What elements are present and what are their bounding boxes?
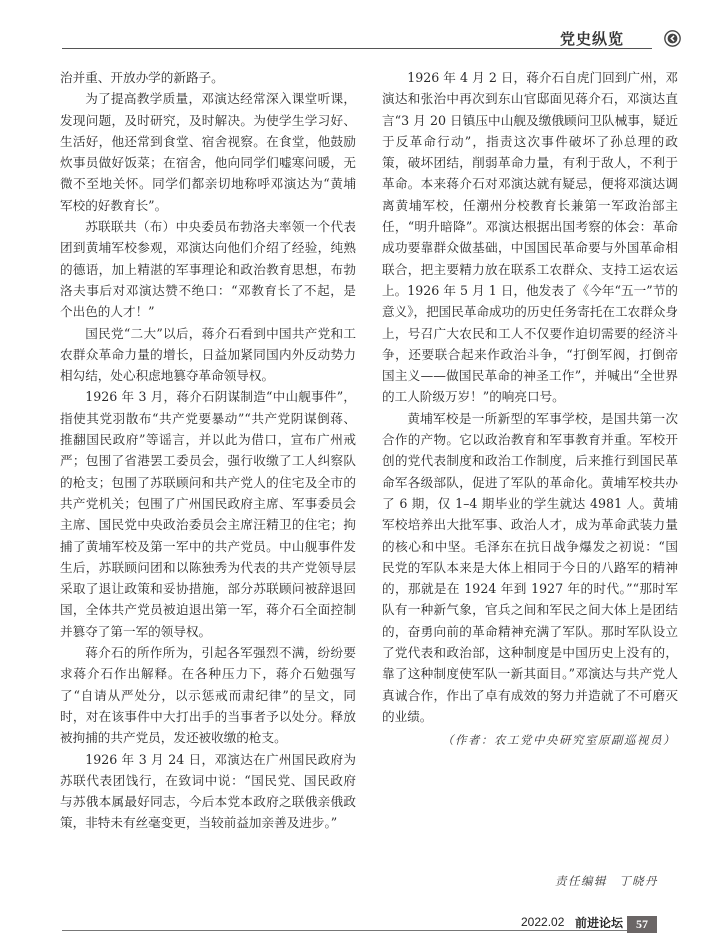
right-column: 1926 年 4 月 2 日，蒋介石自虎门回到广州，邓演达和张治中再次到东山官邸…: [382, 67, 678, 752]
paragraph: 治并重、开放办学的新路子。: [60, 67, 356, 88]
editor-name: 丁晓丹: [619, 874, 658, 888]
author-note: （作者：农工党中央研究室原副巡视员）: [382, 730, 678, 751]
paragraph: 为了提高教学质量，邓演达经常深入课堂听课，发现问题，及时研究，及时解决。为使学生…: [60, 88, 356, 216]
issue-date: 2022.02: [521, 915, 564, 929]
page-number: 57: [627, 916, 657, 933]
section-title: 党史纵览: [560, 28, 624, 49]
circle-arrow-left-icon: [664, 30, 681, 47]
paragraph: 1926 年 3 月，蒋介石阴谋制造“中山舰事件”，指使其党羽散布“共产党要暴动…: [60, 386, 356, 642]
footer-rule: [62, 930, 630, 931]
left-column: 治并重、开放办学的新路子。 为了提高教学质量，邓演达经常深入课堂听课，发现问题，…: [60, 67, 356, 834]
paragraph: 国民党“二大”以后，蒋介石看到中国共产党和工农群众革命力量的增长，日益加紧同国内…: [60, 323, 356, 387]
paragraph: 1926 年 3 月 24 日，邓演达在广州国民政府为苏联代表团饯行，在致词中说…: [60, 749, 356, 834]
journal-name: 前进论坛: [575, 914, 623, 931]
paragraph: 苏联联共（布）中央委员布勃洛夫率领一个代表团到黄埔军校参观，邓演达向他们介绍了经…: [60, 216, 356, 322]
editor-label: 责任编辑: [555, 874, 607, 888]
paragraph: 1926 年 4 月 2 日，蒋介石自虎门回到广州，邓演达和张治中再次到东山官邸…: [382, 67, 678, 408]
paragraph: 黄埔军校是一所新型的军事学校，是国共第一次合作的产物。它以政治教育和军事教育并重…: [382, 408, 678, 727]
paragraph: 蒋介石的所作所为，引起各军强烈不满，纷纷要求蒋介石作出解释。在各种压力下，蒋介石…: [60, 642, 356, 748]
editor-credit: 责任编辑丁晓丹: [555, 873, 658, 889]
